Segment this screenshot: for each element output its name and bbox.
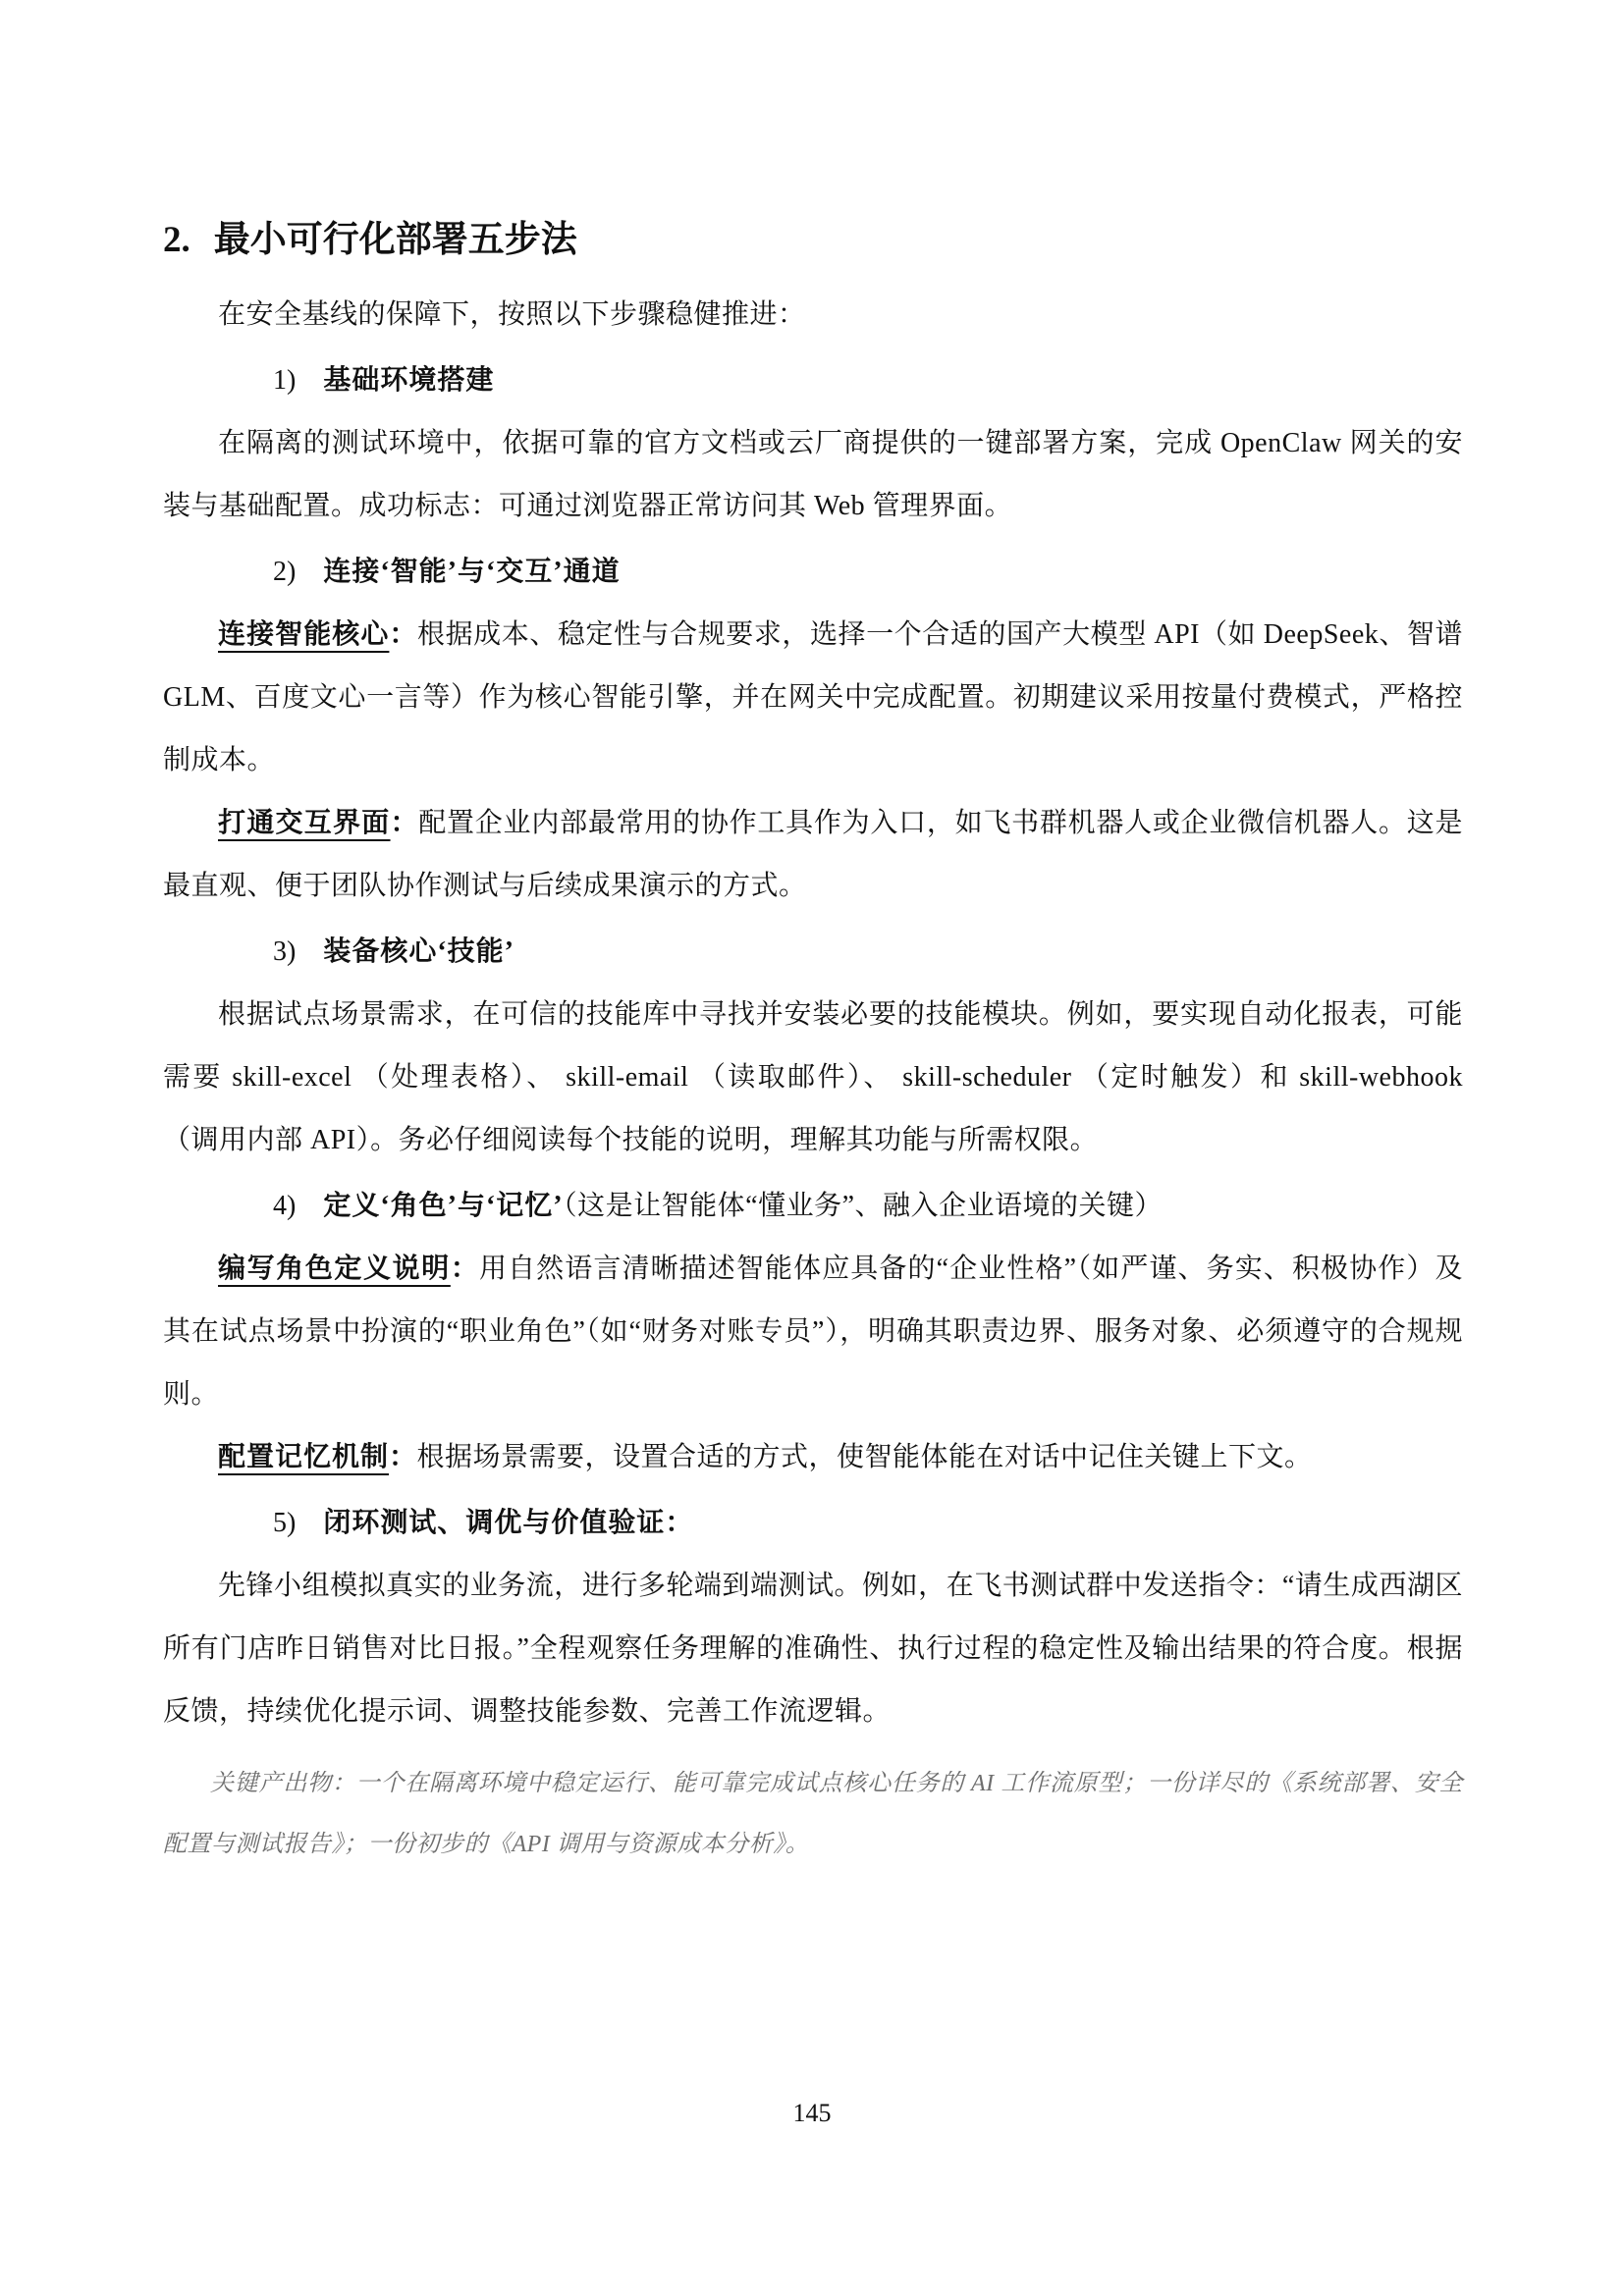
step-5-heading: 5)闭环测试、调优与价值验证： [163,1492,1463,1555]
step-4-title-suffix: （这是让智能体“懂业务”、融入企业语境的关键） [564,1191,1163,1221]
step-5-title: 闭环测试、调优与价值验证： [323,1508,693,1538]
section-heading-title: 最小可行化部署五步法 [214,220,577,260]
lead-memory-config: 配置记忆机制 [218,1442,389,1472]
lead-memory-config-colon: ： [389,1442,417,1472]
lead-connect-core: 连接智能核心 [218,619,389,650]
step-4-number: 4) [218,1175,296,1238]
lead-connect-core-colon: ： [389,619,417,650]
step-5-paragraph: 先锋小组模拟真实的业务流，进行多轮端到端测试。例如，在飞书测试群中发送指令：“请… [163,1555,1463,1743]
lead-role-definition-colon: ： [451,1254,479,1284]
page-number: 145 [0,2099,1624,2128]
step-3-number: 3) [218,921,296,984]
section-heading-number: 2. [163,201,190,280]
intro-paragraph: 在安全基线的保障下，按照以下步骤稳健推进： [163,284,1463,347]
step-5-number: 5) [218,1492,296,1555]
step-3-heading: 3)装备核心‘技能’ [163,921,1463,984]
lead-role-definition: 编写角色定义说明 [218,1254,451,1284]
step-2-paragraph-connect-core: 连接智能核心：根据成本、稳定性与合规要求，选择一个合适的国产大模型 API（如 … [163,604,1463,792]
step-4-title: 定义‘角色’与‘记忆’ [323,1191,563,1221]
step-4-heading: 4)定义‘角色’与‘记忆’（这是让智能体“懂业务”、融入企业语境的关键） [163,1175,1463,1238]
step-2-number: 2) [218,541,296,604]
step-1-title: 基础环境搭建 [323,365,494,396]
lead-interface: 打通交互界面 [218,808,391,838]
lead-interface-colon: ： [391,808,419,838]
step-1-number: 1) [218,349,296,412]
step-4-paragraph-memory-text: 根据场景需要，设置合适的方式，使智能体能在对话中记住关键上下文。 [417,1442,1313,1472]
document-page: 2.最小可行化部署五步法 在安全基线的保障下，按照以下步骤稳健推进： 1)基础环… [0,0,1624,2296]
step-1-paragraph: 在隔离的测试环境中，依据可靠的官方文档或云厂商提供的一键部署方案，完成 Open… [163,412,1463,538]
step-4-paragraph-memory: 配置记忆机制：根据场景需要，设置合适的方式，使智能体能在对话中记住关键上下文。 [163,1426,1463,1489]
step-2-heading: 2)连接‘智能’与‘交互’通道 [163,541,1463,604]
key-deliverables-note: 关键产出物：一个在隔离环境中稳定运行、能可靠完成试点核心任务的 AI 工作流原型… [163,1753,1463,1875]
step-3-paragraph: 根据试点场景需求，在可信的技能库中寻找并安装必要的技能模块。例如，要实现自动化报… [163,984,1463,1172]
step-2-title: 连接‘智能’与‘交互’通道 [323,557,620,587]
step-3-title: 装备核心‘技能’ [323,936,514,967]
step-1-heading: 1)基础环境搭建 [163,349,1463,412]
step-4-paragraph-role: 编写角色定义说明：用自然语言清晰描述智能体应具备的“企业性格”（如严谨、务实、积… [163,1238,1463,1426]
step-2-paragraph-interface: 打通交互界面：配置企业内部最常用的协作工具作为入口，如飞书群机器人或企业微信机器… [163,792,1463,918]
section-heading: 2.最小可行化部署五步法 [163,201,1463,280]
